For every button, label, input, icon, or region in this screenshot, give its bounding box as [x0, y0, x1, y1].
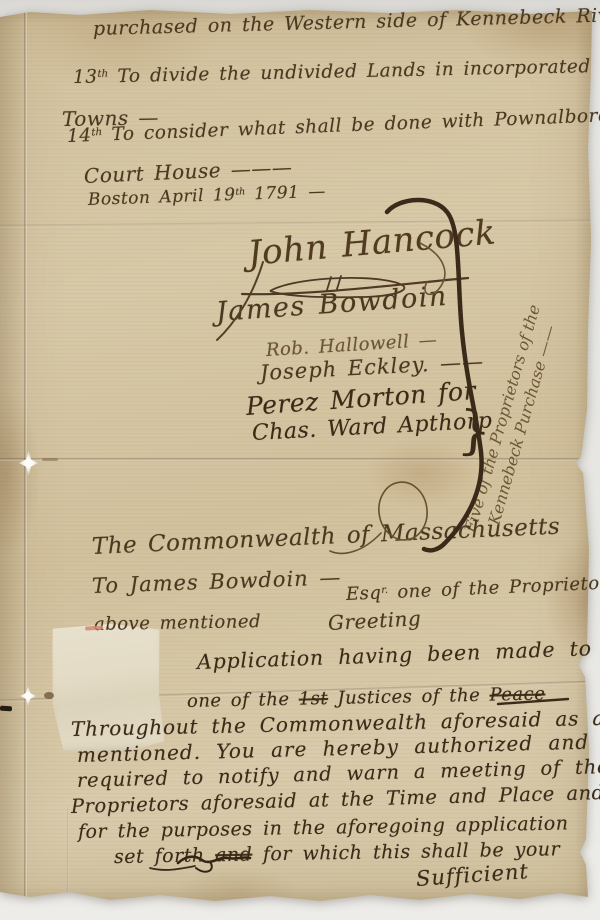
paper-shadow	[0, 9, 593, 902]
vertical-fold-crease	[24, 9, 27, 902]
ink-blot-left-edge	[0, 706, 12, 712]
bottom-left-crease	[67, 807, 69, 902]
manuscript-page	[0, 9, 593, 902]
manuscript-photo: purchased on the Western side of Kennebe…	[0, 0, 600, 920]
fold-crease-top	[0, 219, 593, 227]
repair-patch	[49, 622, 165, 757]
crease-stain	[42, 458, 58, 461]
fold-crease-middle	[0, 458, 593, 461]
fold-hole-star-top	[19, 450, 38, 476]
ink-spot	[44, 692, 54, 699]
fold-hole-star-bottom	[20, 685, 36, 707]
